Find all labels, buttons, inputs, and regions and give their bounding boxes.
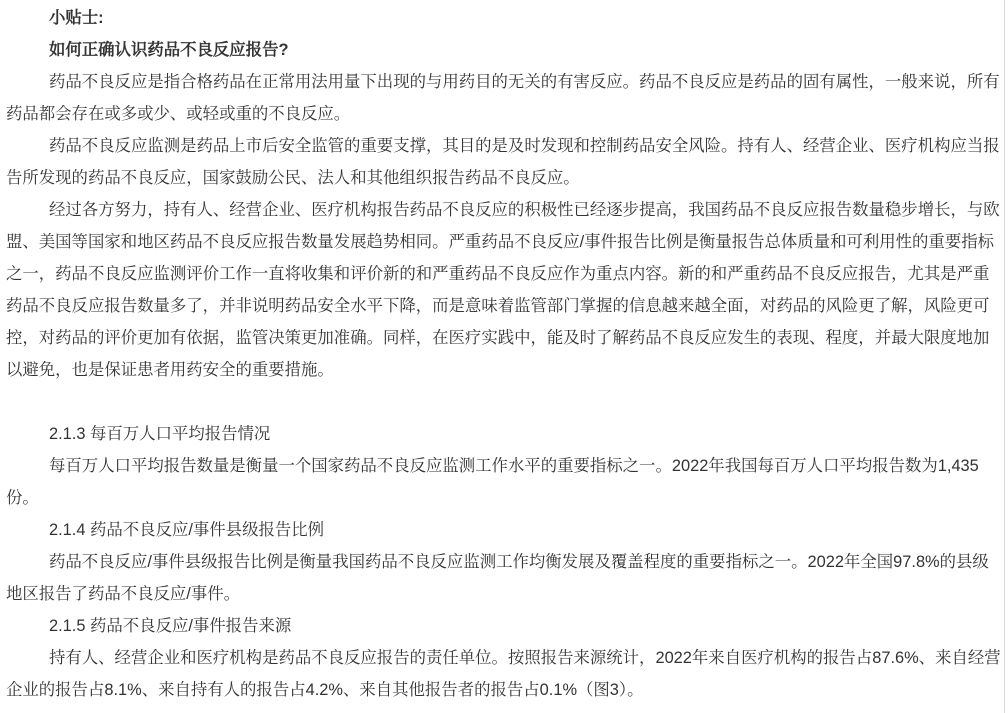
section-2-1-4-heading: 2.1.4 药品不良反应/事件县级报告比例 [6,514,1006,546]
paragraph-1-line-2: 药品都会存在或多或少、或轻或重的不良反应。 [6,98,1006,130]
section-2-1-4-line-1: 药品不良反应/事件县级报告比例是衡量我国药品不良反应监测工作均衡发展及覆盖程度的… [6,546,1006,578]
tip-question-heading: 如何正确认识药品不良反应报告? [6,34,1006,66]
paragraph-3-line-2: 盟、美国等国家和地区药品不良反应报告数量发展趋势相同。严重药品不良反应/事件报告… [6,226,1006,258]
paragraph-3-line-5: 控，对药品的评价更加有依据，监管决策更加准确。同样，在医疗实践中，能及时了解药品… [6,322,1006,354]
section-2-1-3-line-1: 每百万人口平均报告数量是衡量一个国家药品不良反应监测工作水平的重要指标之一。20… [6,450,1006,482]
paragraph-2-line-1: 药品不良反应监测是药品上市后安全监管的重要支撑，其目的是及时发现和控制药品安全风… [6,130,1006,162]
section-2-1-5-line-1: 持有人、经营企业和医疗机构是药品不良反应报告的责任单位。按照报告来源统计，202… [6,642,1006,674]
section-2-1-4-line-2: 地区报告了药品不良反应/事件。 [6,578,1006,610]
tip-title: 小贴士: [6,2,1006,34]
section-2-1-3-heading: 2.1.3 每百万人口平均报告情况 [6,418,1006,450]
paragraph-3-line-6: 以避免，也是保证患者用药安全的重要措施。 [6,354,1006,386]
document-body: 小贴士: 如何正确认识药品不良反应报告? 药品不良反应是指合格药品在正常用法用量… [0,2,1008,706]
paragraph-1-line-1: 药品不良反应是指合格药品在正常用法用量下出现的与用药目的无关的有害反应。药品不良… [6,66,1006,98]
section-2-1-5-heading: 2.1.5 药品不良反应/事件报告来源 [6,610,1006,642]
paragraph-3-line-3: 之一，药品不良反应监测评价工作一直将收集和评价新的和严重药品不良反应作为重点内容… [6,258,1006,290]
blank-line [6,386,1006,418]
paragraph-3-line-4: 药品不良反应报告数量多了，并非说明药品安全水平下降，而是意味着监管部门掌握的信息… [6,290,1006,322]
paragraph-3-line-1: 经过各方努力，持有人、经营企业、医疗机构报告药品不良反应的积极性已经逐步提高，我… [6,194,1006,226]
window-right-edge-line [1004,0,1005,713]
paragraph-2-line-2: 告所发现的药品不良反应，国家鼓励公民、法人和其他组织报告药品不良反应。 [6,162,1006,194]
section-2-1-5-line-2: 企业的报告占8.1%、来自持有人的报告占4.2%、来自其他报告者的报告占0.1%… [6,674,1006,706]
section-2-1-3-line-2: 份。 [6,482,1006,514]
